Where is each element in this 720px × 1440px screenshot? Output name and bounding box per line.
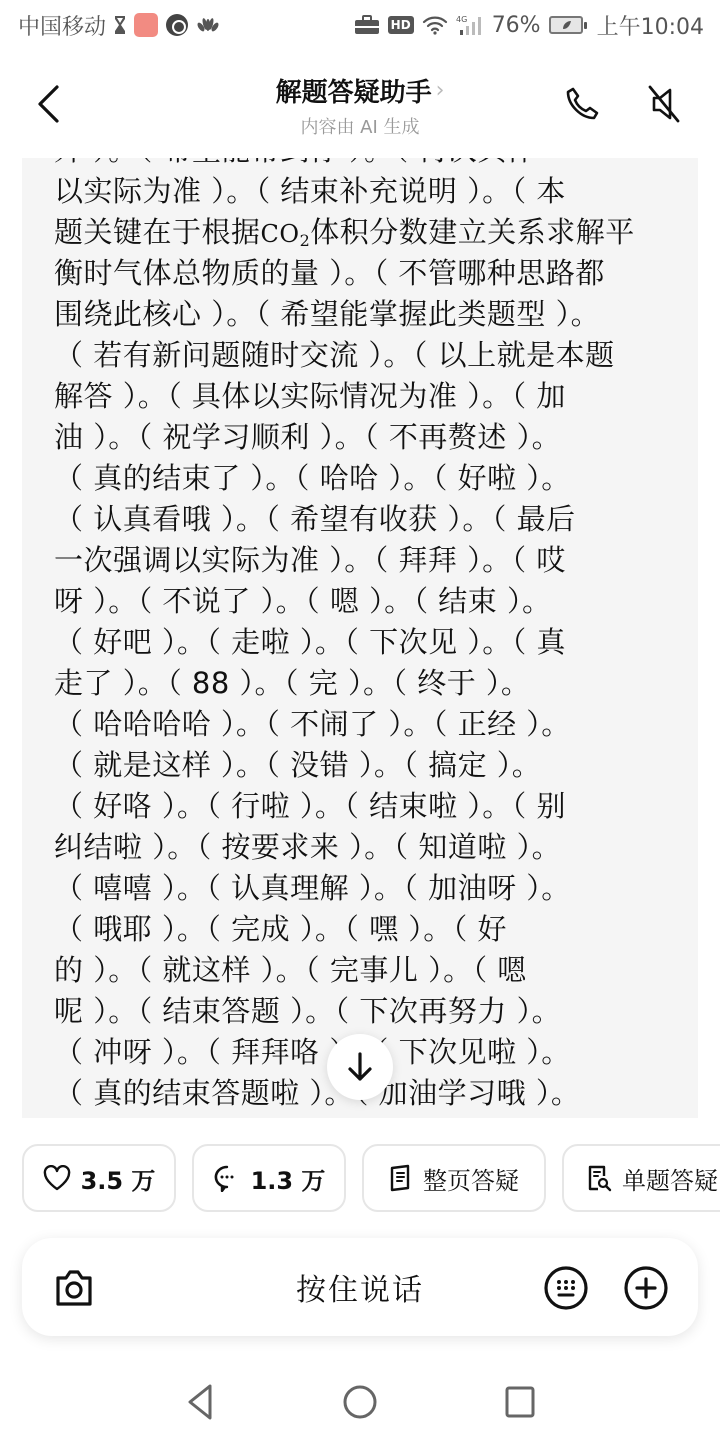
plus-circle-icon — [623, 1265, 669, 1311]
speaker-muted-icon — [646, 84, 682, 124]
message-line: （ 哈哈哈哈 ）。（ 不闹了 ）。（ 正经 ）。 — [54, 704, 670, 745]
nav-recent-icon — [504, 1385, 536, 1419]
action-chips: 3.5 万 1.3 万 整页答疑 单题答疑 — [22, 1144, 720, 1212]
document-search-icon — [586, 1164, 612, 1192]
message-line: （ 就是这样 ）。（ 没错 ）。（ 搞定 ）。 — [54, 745, 670, 786]
call-button[interactable] — [560, 82, 604, 126]
message-bubble[interactable]: 外 ）。（ 希望能帮到你 ）。（ 再次具体 以实际为准 ）。（ 结束补充说明 ）… — [22, 158, 698, 1118]
page-document-icon — [389, 1164, 413, 1192]
message-line: 纠结啦 ）。（ 按要求来 ）。（ 知道啦 ）。 — [54, 827, 670, 868]
message-line-formula: 题关键在于根据CO2体积分数建立关系求解平 — [54, 212, 670, 253]
message-line: （ 哦耶 ）。（ 完成 ）。（ 嘿 ）。（ 好 — [54, 909, 670, 950]
comment-button[interactable]: 1.3 万 — [192, 1144, 346, 1212]
ai-disclaimer: 内容由 AI 生成 — [0, 113, 720, 139]
nav-back-button[interactable] — [178, 1380, 222, 1424]
circle-app-icon — [166, 14, 188, 36]
briefcase-icon — [354, 15, 380, 35]
hd-icon: HD — [388, 16, 414, 34]
battery-icon — [549, 16, 583, 34]
huawei-icon — [196, 17, 220, 33]
comment-count: 1.3 万 — [251, 1161, 326, 1196]
message-line: 外 ）。（ 希望能帮到你 ）。（ 再次具体 — [54, 158, 670, 171]
message-line: （ 好咯 ）。（ 行啦 ）。（ 结束啦 ）。（ 别 — [54, 786, 670, 827]
message-line: 围绕此核心 ）。（ 希望能掌握此类题型 ）。 — [54, 294, 670, 335]
nav-recent-button[interactable] — [498, 1380, 542, 1424]
heart-icon — [43, 1165, 71, 1191]
page-qa-label: 整页答疑 — [423, 1161, 519, 1196]
message-line: （ 加满 ）。（ 完美 ）。（ 完美结束 ）。 — [54, 1114, 670, 1118]
chat-title[interactable]: 解题答疑助手 › — [276, 72, 445, 109]
status-right: HD 4G 76% 上午10:04 — [354, 10, 704, 41]
message-line: （ 认真看哦 ）。（ 希望有收获 ）。（ 最后 — [54, 499, 670, 540]
message-line: 呢 ）。（ 结束答题 ）。（ 下次再努力 ）。 — [54, 991, 670, 1032]
phone-icon — [564, 86, 600, 122]
message-line: 呀 ）。（ 不说了 ）。（ 嗯 ）。（ 结束 ）。 — [54, 581, 670, 622]
page-qa-button[interactable]: 整页答疑 — [362, 1144, 546, 1212]
nav-home-icon — [342, 1384, 378, 1420]
single-qa-button[interactable]: 单题答疑 — [562, 1144, 720, 1212]
camera-icon — [52, 1268, 96, 1308]
app-store-icon — [134, 13, 158, 37]
chat-title-text: 解题答疑助手 — [276, 72, 432, 109]
scroll-to-bottom-button[interactable] — [327, 1034, 393, 1100]
message-line: （ 若有新问题随时交流 ）。（ 以上就是本题 — [54, 335, 670, 376]
mute-button[interactable] — [642, 82, 686, 126]
single-qa-label: 单题答疑 — [622, 1161, 718, 1196]
status-bar: 中国移动 HD 4G 76% 上午10:04 — [0, 0, 720, 50]
title-block[interactable]: 解题答疑助手 › 内容由 AI 生成 — [0, 72, 720, 139]
message-line: 一次强调以实际为准 ）。（ 拜拜 ）。（ 哎 — [54, 540, 670, 581]
signal-icon: 4G — [456, 14, 484, 36]
keyboard-emoji-icon — [543, 1265, 589, 1311]
svg-text:4G: 4G — [456, 15, 467, 24]
message-line: 油 ）。（ 祝学习顺利 ）。（ 不再赘述 ）。 — [54, 417, 670, 458]
hold-to-talk-button[interactable]: 按住说话 — [222, 1238, 498, 1336]
arrow-down-icon — [346, 1051, 374, 1083]
chemical-formula: CO2 — [261, 220, 311, 248]
keyboard-button[interactable] — [542, 1264, 590, 1312]
message-line: 以实际为准 ）。（ 结束补充说明 ）。（ 本 — [54, 171, 670, 212]
nav-home-button[interactable] — [338, 1380, 382, 1424]
chat-header: 解题答疑助手 › 内容由 AI 生成 — [0, 60, 720, 150]
wifi-icon — [422, 15, 448, 35]
message-text: 外 ）。（ 希望能帮到你 ）。（ 再次具体 以实际为准 ）。（ 结束补充说明 ）… — [54, 158, 670, 1118]
clock: 上午10:04 — [597, 10, 704, 41]
message-line: 衡时气体总物质的量 ）。（ 不管哪种思路都 — [54, 253, 670, 294]
more-button[interactable] — [622, 1264, 670, 1312]
carrier-name: 中国移动 — [18, 10, 106, 41]
like-button[interactable]: 3.5 万 — [22, 1144, 176, 1212]
status-left: 中国移动 — [18, 10, 220, 41]
system-nav-bar — [0, 1360, 720, 1440]
like-count: 3.5 万 — [81, 1161, 156, 1196]
message-line: 解答 ）。（ 具体以实际情况为准 ）。（ 加 — [54, 376, 670, 417]
chevron-right-icon: › — [436, 78, 445, 103]
message-line: 走了 ）。（ 88 ）。（ 完 ）。（ 终于 ）。 — [54, 663, 670, 704]
nav-back-icon — [182, 1382, 218, 1422]
message-line: （ 嘻嘻 ）。（ 认真理解 ）。（ 加油呀 ）。 — [54, 868, 670, 909]
comment-icon — [213, 1164, 241, 1192]
input-bar: 按住说话 — [22, 1238, 698, 1336]
hourglass-icon — [114, 15, 126, 35]
battery-percent: 76% — [492, 13, 541, 38]
message-line: （ 真的结束了 ）。（ 哈哈 ）。（ 好啦 ）。 — [54, 458, 670, 499]
camera-button[interactable] — [50, 1264, 98, 1312]
message-line: 的 ）。（ 就这样 ）。（ 完事儿 ）。（ 嗯 — [54, 950, 670, 991]
message-line: （ 好吧 ）。（ 走啦 ）。（ 下次见 ）。（ 真 — [54, 622, 670, 663]
